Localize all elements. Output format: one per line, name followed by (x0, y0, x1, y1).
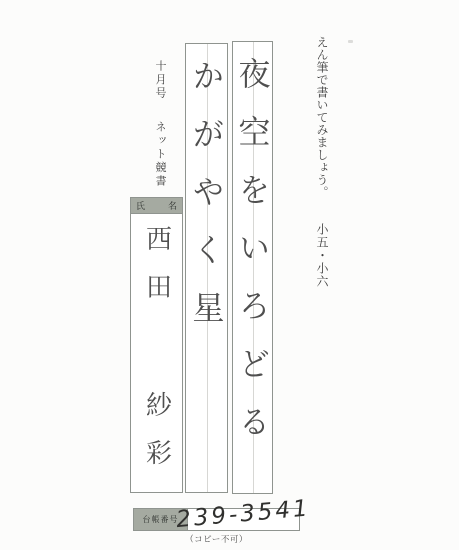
name-label-left: 氏 (136, 199, 145, 212)
instruction-column: えん筆で書いてみましょう。 小五・小六 (311, 36, 331, 506)
contest-label: ネット競書 (153, 121, 168, 189)
handwritten-phrase-2: かがやく星 (191, 59, 223, 349)
grade-label: 小五・小六 (313, 223, 331, 288)
scan-artifact (348, 40, 353, 43)
handwritten-given-name: 紗彩 (144, 391, 170, 487)
issue-month-label: 十月号 (153, 60, 168, 101)
name-box-header: 氏 名 (131, 198, 182, 214)
writing-strip-2: かがやく星 (185, 43, 228, 493)
handwritten-surname: 西田 (144, 225, 170, 321)
calligraphy-entry-sheet: えん筆で書いてみましょう。 小五・小六 夜空をいろどる かがやく星 十月号 ネッ… (0, 0, 459, 550)
name-box: 氏 名 西田 紗彩 (130, 197, 183, 493)
handwritten-name: 西田 紗彩 (144, 225, 170, 487)
copy-prohibited-note: （コピー不可） (133, 533, 300, 545)
instruction-text: えん筆で書いてみましょう。 (313, 36, 331, 199)
writing-strip-1: 夜空をいろどる (232, 41, 273, 494)
name-label-right: 名 (168, 199, 177, 212)
handwritten-phrase-1: 夜空をいろどる (237, 57, 269, 463)
